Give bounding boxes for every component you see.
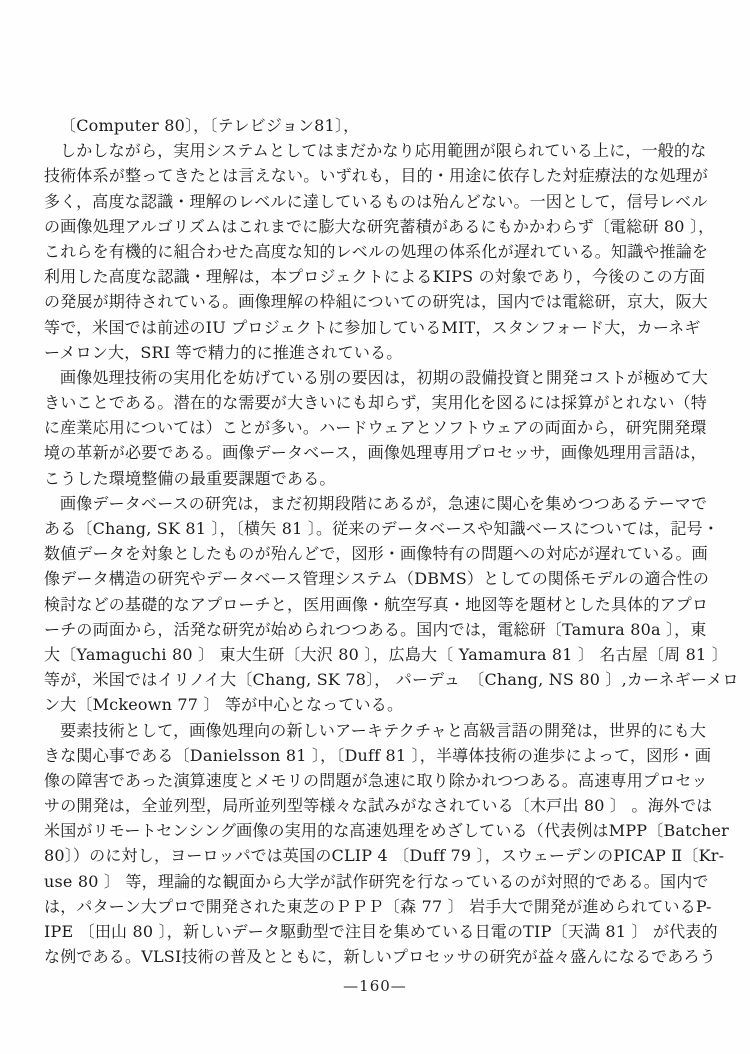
text-line: きな関心事である〔Danielsson 81 〕，〔Duff 81 〕，半導体技… [44,743,716,768]
text-line: に産業応用については）ことが多い。ハードウェアとソフトウェアの両面から，研究開発… [44,415,716,440]
text-line: サの開発は，全並列型，局所並列型等様々な試みがなされている〔木戸出 80 〕 。… [44,793,716,818]
text-line: 利用した高度な認識・理解は，本プロジェクトによるKIPS の対象であり，今後のこ… [44,264,716,289]
text-line: 画像データベースの研究は，まだ初期段階にあるが，急速に関心を集めつつあるテーマで [44,491,716,516]
text-line: 数値データを対象としたものが殆んどで，図形・画像特有の問題への対応が遅れている。… [44,541,716,566]
text-line: 技術体系が整ってきたとは言えない。いずれも，目的・用途に依存した対症療法的な処理… [44,163,716,188]
text-line: 等で，米国では前述のIU プロジェクトに参加しているMIT，スタンフォード大，カ… [44,315,716,340]
text-line: 米国がリモートセンシング画像の実用的な高速処理をめざしている（代表例はMPP〔B… [44,818,716,843]
text-line: 等が，米国ではイリノイ大〔Chang, SK 78〕， パーデュ 〔Chang,… [44,667,716,692]
text-line: 境の革新が必要である。画像データベース，画像処理専用プロセッサ，画像処理用言語は… [44,440,716,465]
text-line: 像の障害であった演算速度とメモリの問題が急速に取り除かれつつある。高速専用プロセ… [44,768,716,793]
page-number: —160— [0,977,750,995]
text-line: 大〔Yamaguchi 80 〕 東大生研〔大沢 80 〕，広島大〔 Yamam… [44,642,716,667]
text-line: 80〕）のに対し，ヨーロッパでは英国のCLIP 4 〔Duff 79 〕，スウェ… [44,843,716,868]
text-line: 多く，高度な認識・理解のレベルに達しているものは殆んどない。一因として，信号レベ… [44,189,716,214]
text-line: 検討などの基礎的なアプローチと，医用画像・航空写真・地図等を題材とした具体的アプ… [44,592,716,617]
text-line: IPE 〔田山 80 〕，新しいデータ駆動型で注目を集めている日電のTIP〔天満… [44,919,716,944]
text-line: の画像処理アルゴリズムはこれまでに膨大な研究蓄積があるにもかかわらず〔電総研 8… [44,214,716,239]
text-line: は，パターン大プロで開発された東芝のＰＰＰ〔森 77 〕 岩手大で開発が進められ… [44,894,716,919]
text-line: 〔Computer 80〕，〔テレビジョン81〕， [44,113,716,138]
text-line: use 80 〕 等，理論的な観面から大学が試作研究を行なっているのが対照的であ… [44,869,716,894]
text-line: 画像処理技術の実用化を妨げている別の要因は，初期の設備投資と開発コストが極めて大 [44,365,716,390]
text-line: しかしながら，実用システムとしてはまだかなり応用範囲が限られている上に，一般的な [44,138,716,163]
text-line: な例である。VLSI技術の普及とともに，新しいプロセッサの研究が益々盛んになるで… [44,944,716,969]
text-line: 像データ構造の研究やデータベース管理システム（DBMS）としての関係モデルの適合… [44,566,716,591]
text-line: の発展が期待されている。画像理解の枠組についての研究は，国内では電総研，京大，阪… [44,289,716,314]
text-line: ある〔Chang, SK 81 〕，〔横矢 81 〕。従来のデータベースや知識ベ… [44,516,716,541]
text-line: ーチの両面から，活発な研究が始められつつある。国内では，電総研〔Tamura 8… [44,617,716,642]
text-line: ーメロン大，SRI 等で精力的に推進されている。 [44,340,716,365]
text-line: これらを有機的に組合わせた高度な知的レベルの処理の体系化が遅れている。知識や推論… [44,239,716,264]
text-line: 要素技術として，画像処理向の新しいアーキテクチャと高級言語の開発は，世界的にも大 [44,718,716,743]
document-page: 〔Computer 80〕，〔テレビジョン81〕， しかしながら，実用システムと… [0,0,750,1054]
body-text: 〔Computer 80〕，〔テレビジョン81〕， しかしながら，実用システムと… [44,113,716,969]
text-line: きいことである。潜在的な需要が大きいにも却らず，実用化を図るには採算がとれない（… [44,390,716,415]
text-line: こうした環境整備の最重要課題である。 [44,466,716,491]
text-line: ン大〔Mckeown 77 〕 等が中心となっている。 [44,692,716,717]
